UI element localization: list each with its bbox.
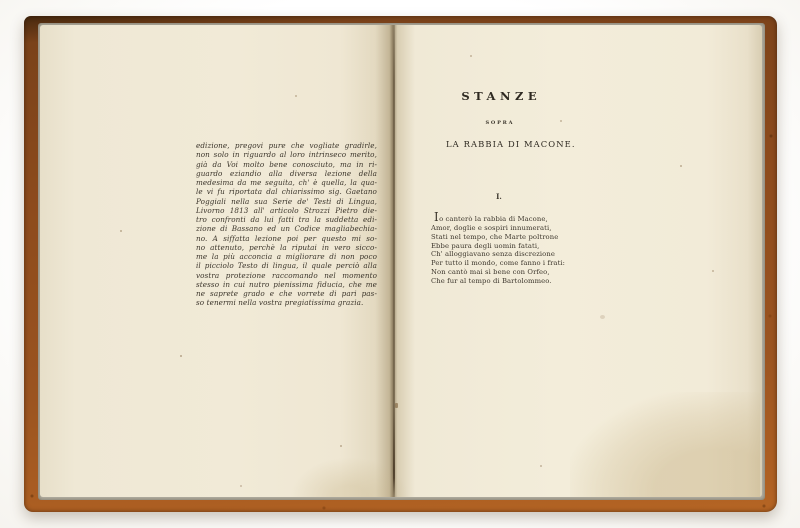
left-page-text-block: edizione, pregovi pure che vogliate grad… xyxy=(196,141,377,308)
text-line: non solo in riguardo al loro intrinseco … xyxy=(196,150,377,159)
book-binding xyxy=(24,16,777,512)
stanza-line: Ch' alloggiavano senza discrezione xyxy=(431,250,581,259)
text-line: zione di Bassano ed un Codice magliabech… xyxy=(196,224,377,233)
stanza-line: Per tutto il mondo, come fanno i frati: xyxy=(431,259,581,268)
text-line: medesima da me seguita, ch' è quella, la… xyxy=(196,178,377,187)
stanza-line: Io canterò la rabbia di Macone, xyxy=(431,213,581,224)
text-line: già da Voi molto bene conosciuto, ma in … xyxy=(196,160,377,169)
text-line: edizione, pregovi pure che vogliate grad… xyxy=(196,141,377,150)
stanza-line-text: o canterò la rabbia di Macone, xyxy=(439,215,548,223)
text-line: le vi fu riportata dal chiarissimo sig. … xyxy=(196,187,377,196)
poem-heading: LA RABBIA DI MACONE. xyxy=(446,139,576,149)
text-line: no attenuto, perchè la riputai in vero s… xyxy=(196,243,377,252)
open-pages xyxy=(40,25,762,497)
center-gutter xyxy=(393,25,395,497)
text-line: guardo eziandio alla diversa lezione del… xyxy=(196,169,377,178)
poem-title: STANZE xyxy=(420,89,578,103)
text-line: Livorno 1813 all' articolo Strozzi Pietr… xyxy=(196,206,377,215)
text-line: ne saprete grado e che vorrete di pari p… xyxy=(196,289,377,298)
text-line: me la più acconcia a migliorare di non p… xyxy=(196,252,377,261)
text-line: Poggiali nella sua Serie de' Testi di Li… xyxy=(196,197,377,206)
text-line: stesso in cui nutro pienissima fiducia, … xyxy=(196,280,377,289)
stanza-line: Non cantò mai sì bene con Orfeo, xyxy=(431,268,581,277)
text-line: il picciolo Testo di lingua, il quale pe… xyxy=(196,261,377,270)
book-photograph: edizione, pregovi pure che vogliate grad… xyxy=(0,0,800,528)
stanza-line: Amor, doglie e sospiri innumerati, xyxy=(431,224,581,233)
poem-subtitle: SOPRA xyxy=(420,120,578,126)
text-line: no. A siffatta lezione poi per questo mi… xyxy=(196,234,377,243)
stanza-number: I. xyxy=(420,192,578,201)
text-line: vostra protezione raccomando nel momento xyxy=(196,271,377,280)
stanza-text-block: Io canterò la rabbia di Macone, Amor, do… xyxy=(431,213,581,286)
text-line: tro confronti da lui fatti tra la suddet… xyxy=(196,215,377,224)
stanza-line: Che fur al tempo di Bartolommeo. xyxy=(431,277,581,286)
text-line: so tenermi nella vostra pregiatissima gr… xyxy=(196,298,377,307)
stanza-line: Stati nel tempo, che Marte poltrone xyxy=(431,233,581,242)
stanza-line: Ebbe paura degli uomin fatati, xyxy=(431,242,581,251)
